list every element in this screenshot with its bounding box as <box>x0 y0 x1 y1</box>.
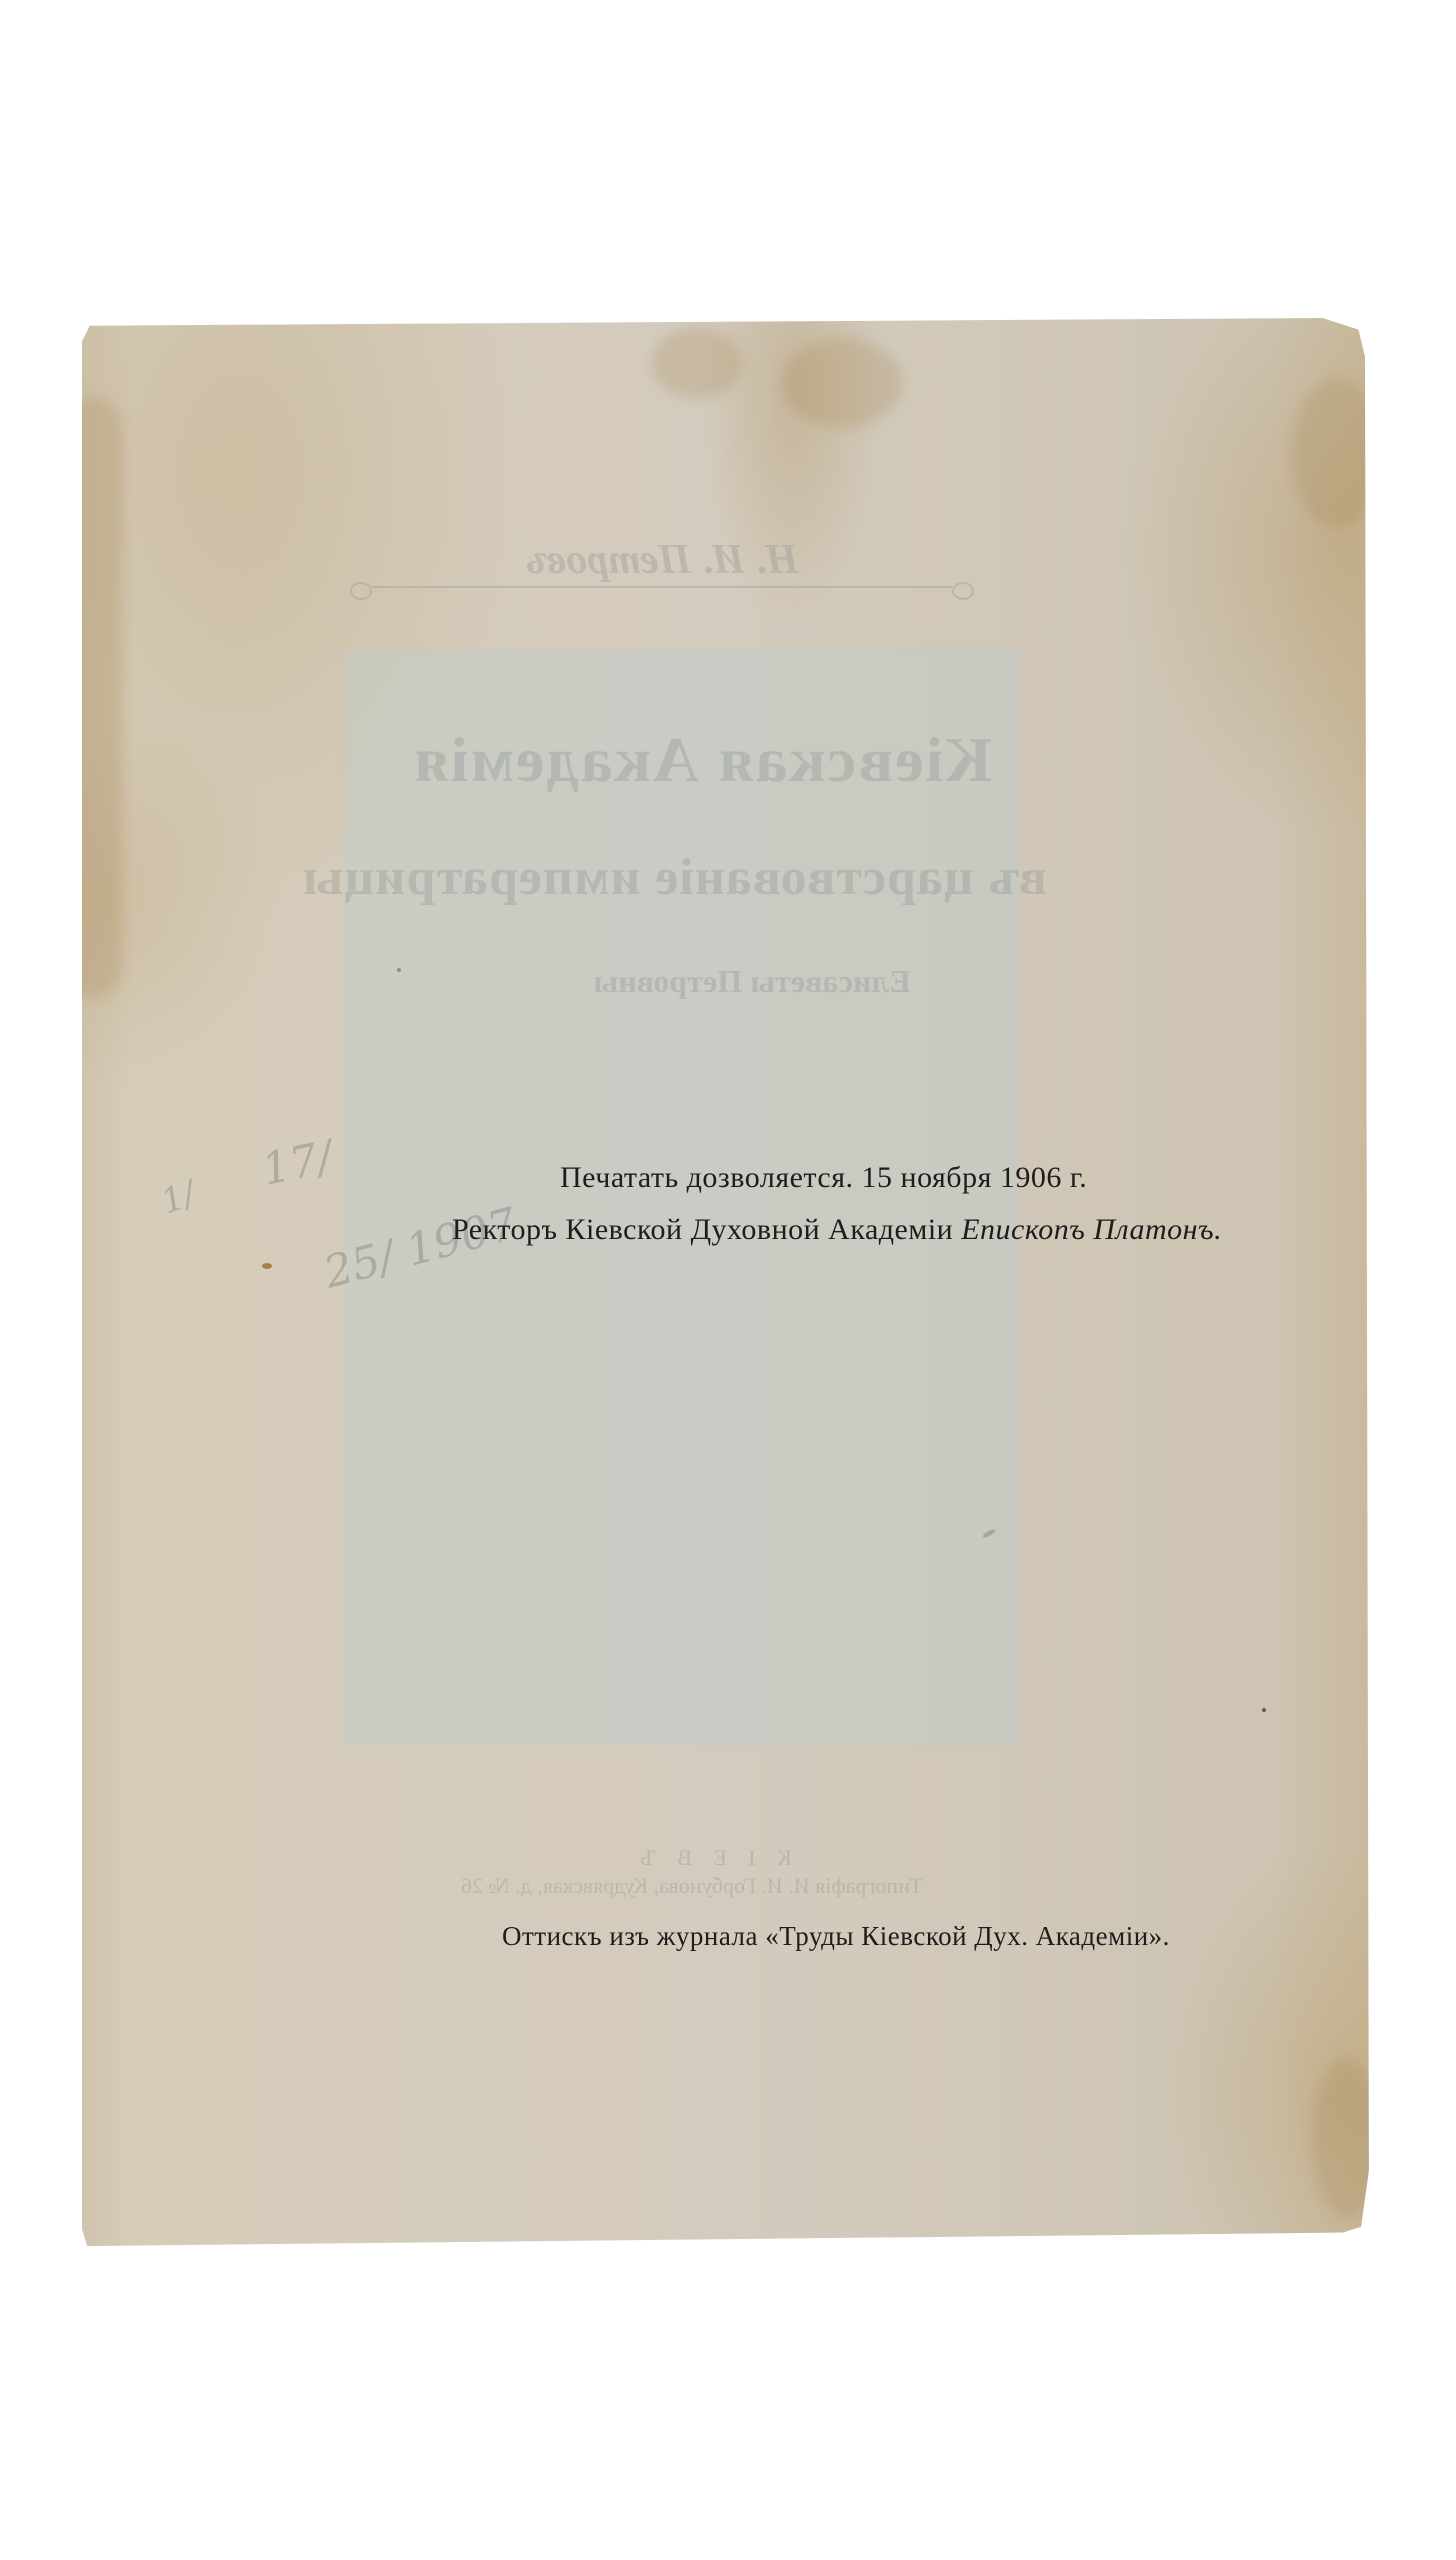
pencil-note: 1/ <box>156 1174 201 1223</box>
ghost-imprint-city: К I Е В Ъ <box>522 1845 902 1871</box>
water-stain <box>782 338 902 428</box>
ghost-imprint-press: Типографія И. И. Горбунова, Кудрявская, … <box>412 1873 972 1899</box>
rector-signature: Епископъ Платонъ. <box>961 1213 1222 1246</box>
pencil-note: 17/ <box>257 1131 337 1196</box>
water-stain <box>62 398 122 998</box>
ink-speck <box>262 1263 272 1269</box>
water-stain <box>1292 378 1382 528</box>
rector-title: Ректоръ Кіевской Духовной Академіи <box>452 1213 953 1246</box>
ghost-ornament-rule <box>372 586 952 602</box>
offprint-source-line: Оттискъ изъ журнала «Труды Кіевской Дух.… <box>502 1921 1170 1952</box>
paper-sheet: Н. И. Петровъ Кіевская Академія въ царст… <box>82 318 1374 2248</box>
water-stain <box>652 328 742 398</box>
censorship-permit-line: Печатать дозволяется. 15 ноября 1906 г. <box>560 1161 1087 1195</box>
water-stain <box>1312 2058 1382 2218</box>
ghost-author-name: Н. И. Петровъ <box>372 536 952 584</box>
rector-approval-line: Ректоръ Кіевской Духовной Академіи Еписк… <box>452 1213 1222 1247</box>
show-through-block <box>345 650 1020 1745</box>
ink-speck <box>1262 1708 1266 1712</box>
